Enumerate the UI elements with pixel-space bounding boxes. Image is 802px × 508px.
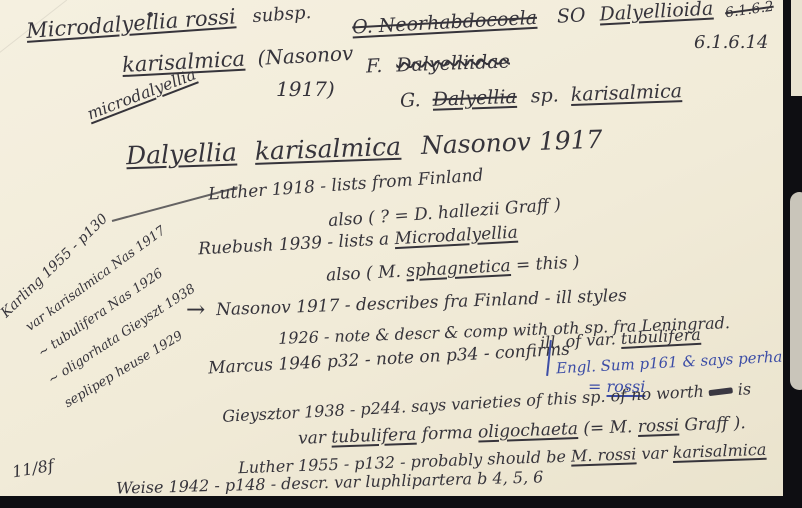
gieysztor-taxon2: oligochaeta bbox=[478, 419, 578, 442]
gieysztor-l2-paren: (= M. bbox=[578, 417, 639, 439]
author-year: 1917) bbox=[276, 78, 335, 100]
ruebush-text: Ruebush 1939 - lists a bbox=[198, 229, 395, 259]
gieysztor-taxon1: tubulifera bbox=[331, 425, 417, 448]
genus-name-struck: Dalyellia bbox=[432, 86, 517, 111]
card-code: 6.1.6.14 bbox=[694, 33, 768, 53]
marcus-note-taxon: tubulifera bbox=[620, 325, 701, 348]
luther1955-taxon1: M. rossi bbox=[571, 444, 637, 465]
entry-ruebush-line2: also ( M. sphagnetica = this ) bbox=[326, 253, 580, 285]
suborder-name: Dalyellioida bbox=[599, 0, 714, 25]
family-prefix: F. bbox=[366, 55, 383, 78]
species-epithet: karisalmica bbox=[570, 80, 682, 106]
gieysztor-post: is bbox=[737, 379, 751, 399]
scan-background-bottom bbox=[0, 496, 802, 508]
ruebush-line2-post: = this ) bbox=[510, 252, 580, 276]
species-title: Microdalyellia rossi bbox=[25, 4, 236, 43]
main-heading: Dalyellia karisalmica Nasonov 1917 bbox=[126, 126, 603, 170]
ruebush-taxon: Microdalyellia bbox=[394, 223, 518, 249]
heading-genus: Dalyellia bbox=[126, 137, 238, 170]
author-paren: (Nasonov bbox=[257, 41, 354, 70]
scribble-strike bbox=[709, 387, 734, 396]
code-struck: 6.1.6.2 bbox=[724, 0, 775, 22]
family-name-scribbled: Dalyelliidae bbox=[396, 50, 510, 76]
luther1955-mid: var bbox=[636, 443, 673, 463]
gieysztor-l2-mid: forma bbox=[416, 423, 478, 445]
classification-line1: O. Neorhabdocoela SO Dalyellioida bbox=[352, 0, 714, 38]
adjacent-card-edge bbox=[790, 192, 802, 390]
entry-nasonov-line1: Nasonov 1917 - describes fra Finland - i… bbox=[216, 287, 627, 320]
suborder-prefix: SO bbox=[556, 4, 586, 27]
entry-luther1918-line1: Luther 1918 - lists from Finland bbox=[208, 166, 484, 204]
marcus-note-pre: ill. of var. bbox=[540, 329, 622, 352]
ruebush-line2-taxon: sphagnetica bbox=[406, 256, 511, 281]
arrow-icon: → bbox=[186, 298, 205, 323]
gieysztor-l2-pre: var bbox=[298, 428, 332, 449]
classification-line3: G. Dalyellia sp. karisalmica bbox=[400, 81, 683, 112]
classification-line2: F. Dalyelliidae bbox=[366, 51, 511, 77]
ruebush-line2-pre: also ( M. bbox=[326, 261, 407, 285]
entry-weise1942: Weise 1942 - p148 - descr. var luphlipar… bbox=[116, 468, 544, 497]
gieysztor-l2-post: Graff ). bbox=[679, 413, 746, 435]
adjacent-card-corner bbox=[791, 0, 802, 96]
heading-author: Nasonov 1917 bbox=[420, 125, 602, 160]
gieysztor-taxon3: rossi bbox=[637, 416, 679, 437]
entry-marcus-line1: Marcus 1946 p32 - note on p34 - confirms bbox=[208, 341, 571, 379]
card-title-line1: Microdalyellia rossi subsp. bbox=[26, 0, 312, 43]
page-mark: 11/8f bbox=[11, 456, 55, 481]
heading-species: karisalmica bbox=[254, 132, 401, 166]
luther1955-taxon2: karisalmica bbox=[672, 440, 766, 462]
blue-note-line1: Engl. Sum p161 & says perhaps bbox=[556, 348, 800, 377]
order-name-struck: O. Neorhabdocoela bbox=[352, 7, 538, 39]
card-title-line2: karisalmica (Nasonov bbox=[122, 42, 354, 77]
index-card: Microdalyellia rossi subsp. karisalmica … bbox=[0, 0, 783, 497]
species-prefix: sp. bbox=[530, 84, 559, 107]
genus-prefix: G. bbox=[400, 89, 421, 112]
subsp-label: subsp. bbox=[252, 2, 312, 27]
